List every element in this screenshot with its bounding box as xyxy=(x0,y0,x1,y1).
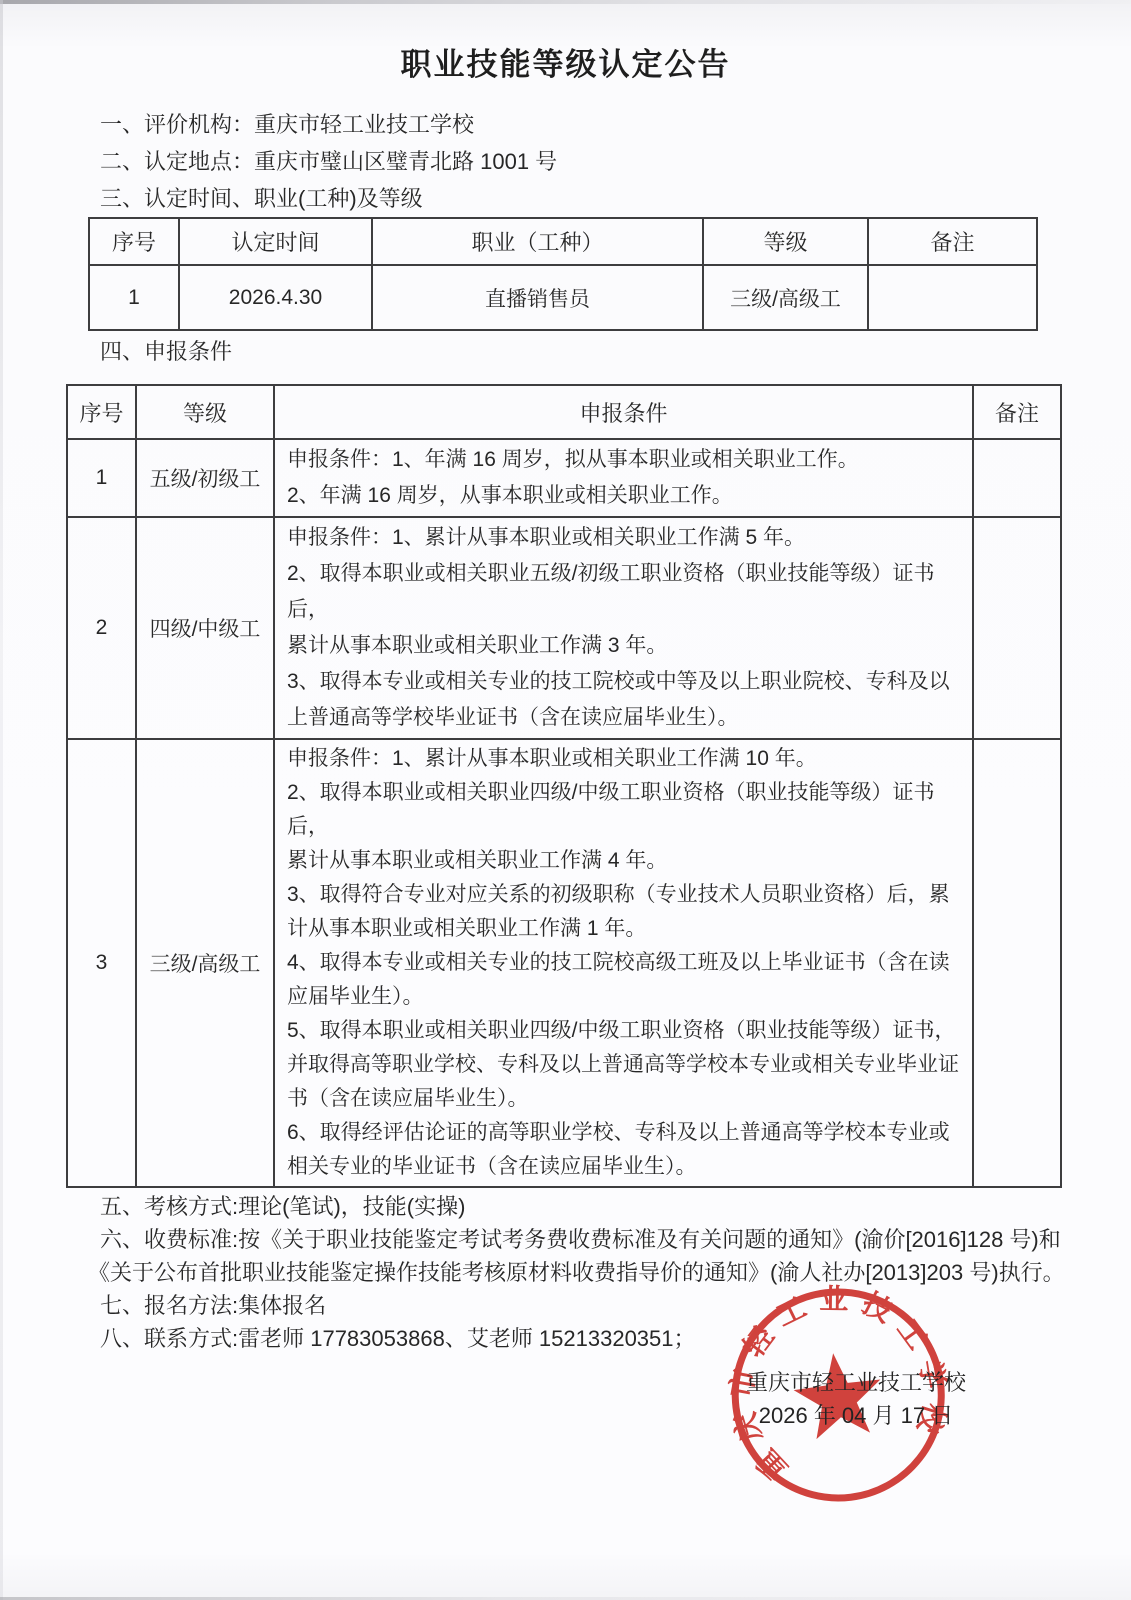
condition-line: 3、取得符合专业对应关系的初级职称（专业技术人员职业资格）后，累 xyxy=(287,878,964,912)
col-header-note: 备注 xyxy=(973,385,1061,439)
condition-line: 计从事本职业或相关职业工作满 1 年。 xyxy=(287,912,964,946)
cell-date: 2026.4.30 xyxy=(179,265,372,330)
signature-block: 重庆市轻工业技工学校 2026 年 04 月 17 日 xyxy=(716,1366,996,1432)
col-header-conditions: 申报条件 xyxy=(274,385,973,439)
conditions-table-header-row: 序号 等级 申报条件 备注 xyxy=(67,385,1061,439)
cell-no: 2 xyxy=(67,517,136,739)
condition-line: 累计从事本职业或相关职业工作满 4 年。 xyxy=(287,844,964,878)
document-page: 职业技能等级认定公告 一、评价机构：重庆市轻工业技工学校 二、认定地点：重庆市璧… xyxy=(0,0,1131,1600)
conditions-row-intermediate: 2 四级/中级工 申报条件：1、累计从事本职业或相关职业工作满 5 年。 2、取… xyxy=(67,517,1061,739)
signature-org: 重庆市轻工业技工学校 xyxy=(716,1366,996,1399)
condition-line: 3、取得本专业或相关专业的技工院校或中等及以上职业院校、专科及以 xyxy=(287,664,964,700)
cell-conditions: 申报条件：1、累计从事本职业或相关职业工作满 10 年。 2、取得本职业或相关职… xyxy=(274,739,973,1187)
condition-line: 相关专业的毕业证书（含在读应届毕业生）。 xyxy=(287,1150,964,1184)
cell-note xyxy=(973,439,1061,517)
col-header-level: 等级 xyxy=(136,385,274,439)
cell-level: 三级/高级工 xyxy=(136,739,274,1187)
cell-level: 四级/中级工 xyxy=(136,517,274,739)
col-header-note: 备注 xyxy=(868,218,1037,265)
cell-note xyxy=(973,517,1061,739)
condition-line: 2、取得本职业或相关职业五级/初级工职业资格（职业技能等级）证书后， xyxy=(287,556,964,628)
cell-level: 五级/初级工 xyxy=(136,439,274,517)
scan-edge-left xyxy=(0,0,3,1600)
cell-occupation: 直播销售员 xyxy=(372,265,703,330)
cell-no: 1 xyxy=(67,439,136,517)
condition-line: 申报条件：1、年满 16 周岁，拟从事本职业或相关职业工作。 xyxy=(287,442,964,478)
cell-conditions: 申报条件：1、累计从事本职业或相关职业工作满 5 年。 2、取得本职业或相关职业… xyxy=(274,517,973,739)
page-title: 职业技能等级认定公告 xyxy=(0,46,1131,84)
condition-line: 2、取得本职业或相关职业四级/中级工职业资格（职业技能等级）证书后， xyxy=(287,776,964,844)
condition-line: 应届毕业生）。 xyxy=(287,980,964,1014)
condition-line: 累计从事本职业或相关职业工作满 3 年。 xyxy=(287,628,964,664)
section-conditions-heading: 四、申报条件 xyxy=(100,333,1131,370)
signature-date: 2026 年 04 月 17 日 xyxy=(716,1399,996,1432)
condition-line: 4、取得本专业或相关专业的技工院校高级工班及以上毕业证书（含在读 xyxy=(287,946,964,980)
condition-line: 6、取得经评估论证的高等职业学校、专科及以上普通高等学校本专业或 xyxy=(287,1116,964,1150)
section-evaluator: 一、评价机构：重庆市轻工业技工学校 xyxy=(100,106,1131,143)
schedule-table-row: 1 2026.4.30 直播销售员 三级/高级工 xyxy=(89,265,1037,330)
condition-line: 并取得高等职业学校、专科及以上普通高等学校本专业或相关专业毕业证 xyxy=(287,1048,964,1082)
col-header-occupation: 职业（工种） xyxy=(372,218,703,265)
section-schedule-heading: 三、认定时间、职业(工种)及等级 xyxy=(100,180,1131,217)
col-header-date: 认定时间 xyxy=(179,218,372,265)
cell-no: 1 xyxy=(89,265,179,330)
cell-level: 三级/高级工 xyxy=(703,265,868,330)
cell-conditions: 申报条件：1、年满 16 周岁，拟从事本职业或相关职业工作。 2、年满 16 周… xyxy=(274,439,973,517)
condition-line: 申报条件：1、累计从事本职业或相关职业工作满 10 年。 xyxy=(287,742,964,776)
condition-line: 上普通高等学校毕业证书（含在读应届毕业生）。 xyxy=(287,700,964,736)
condition-line: 2、年满 16 周岁，从事本职业或相关职业工作。 xyxy=(287,478,964,514)
cell-note xyxy=(973,739,1061,1187)
cell-note xyxy=(868,265,1037,330)
condition-line: 书（含在读应届毕业生）。 xyxy=(287,1082,964,1116)
section-assessment: 五、考核方式:理论(笔试)，技能(实操) xyxy=(88,1190,1065,1223)
section-location: 二、认定地点：重庆市璧山区璧青北路 1001 号 xyxy=(100,143,1131,180)
conditions-row-beginner: 1 五级/初级工 申报条件：1、年满 16 周岁，拟从事本职业或相关职业工作。 … xyxy=(67,439,1061,517)
col-header-no: 序号 xyxy=(67,385,136,439)
condition-line: 申报条件：1、累计从事本职业或相关职业工作满 5 年。 xyxy=(287,520,964,556)
condition-line: 5、取得本职业或相关职业四级/中级工职业资格（职业技能等级）证书， xyxy=(287,1014,964,1048)
schedule-table: 序号 认定时间 职业（工种） 等级 备注 1 2026.4.30 直播销售员 三… xyxy=(88,217,1038,331)
intro-sections: 一、评价机构：重庆市轻工业技工学校 二、认定地点：重庆市璧山区璧青北路 1001… xyxy=(100,106,1131,217)
cell-no: 3 xyxy=(67,739,136,1187)
conditions-table: 序号 等级 申报条件 备注 1 五级/初级工 申报条件：1、年满 16 周岁，拟… xyxy=(66,384,1062,1188)
conditions-row-advanced: 3 三级/高级工 申报条件：1、累计从事本职业或相关职业工作满 10 年。 2、… xyxy=(67,739,1061,1187)
col-header-level: 等级 xyxy=(703,218,868,265)
schedule-table-header-row: 序号 认定时间 职业（工种） 等级 备注 xyxy=(89,218,1037,265)
col-header-no: 序号 xyxy=(89,218,179,265)
scan-edge-top xyxy=(0,0,1131,4)
